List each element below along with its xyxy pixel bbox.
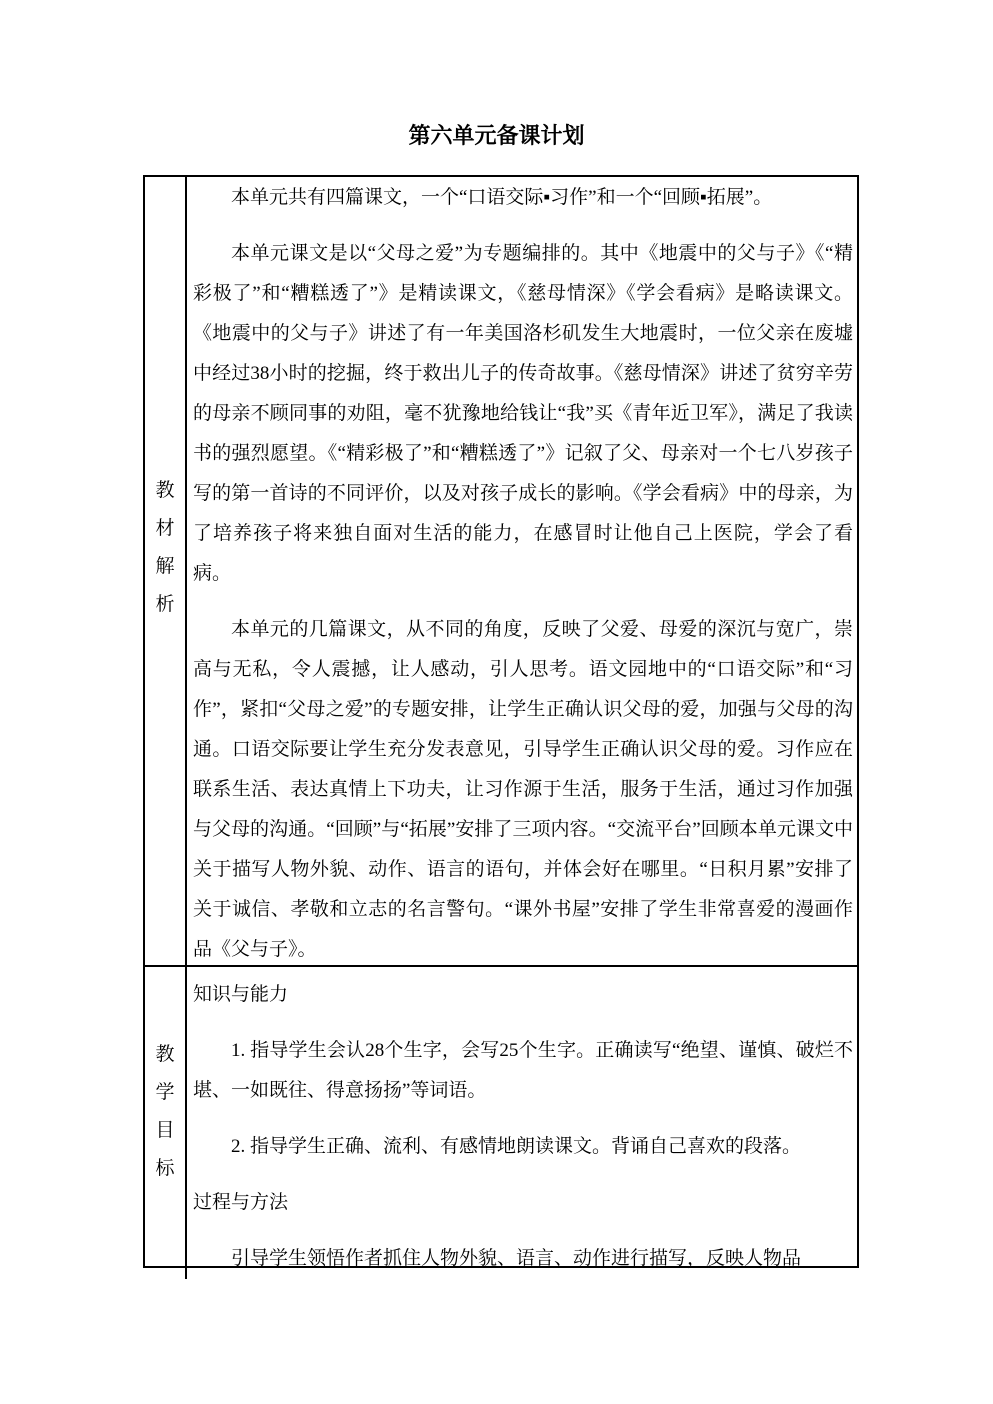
lesson-plan-table: 教材解析 本单元共有四篇课文，一个“口语交际▪习作”和一个“回顾▪拓展”。 本单…	[143, 175, 859, 1268]
table-row-material-analysis: 教材解析 本单元共有四篇课文，一个“口语交际▪习作”和一个“回顾▪拓展”。 本单…	[145, 177, 857, 967]
row-header-material-analysis: 教材解析	[145, 177, 187, 965]
document-page: 第六单元备课计划 教材解析 本单元共有四篇课文，一个“口语交际▪习作”和一个“回…	[0, 0, 993, 1404]
row-header-label-teaching-goals: 教学目标	[155, 1036, 175, 1188]
material-analysis-paragraph-3: 本单元的几篇课文，从不同的角度，反映了父爱、母爱的深沉与宽广，崇高与无私，令人震…	[193, 610, 853, 965]
knowledge-ability-paragraph-1: 1. 指导学生会认28个生字，会写25个生字。正确读写“绝望、谨慎、破烂不堪、一…	[193, 1031, 853, 1111]
knowledge-ability-heading: 知识与能力	[193, 975, 853, 1015]
material-analysis-paragraph-2: 本单元课文是以“父母之爱”为专题编排的。其中《地震中的父与子》《“精彩极了”和“…	[193, 234, 853, 594]
process-method-paragraph-1: 引导学生领悟作者抓住人物外貌、语言、动作进行描写，反映人物品	[193, 1239, 853, 1279]
process-method-heading: 过程与方法	[193, 1183, 853, 1223]
material-analysis-content: 本单元共有四篇课文，一个“口语交际▪习作”和一个“回顾▪拓展”。 本单元课文是以…	[187, 177, 857, 965]
teaching-goals-content: 知识与能力 1. 指导学生会认28个生字，会写25个生字。正确读写“绝望、谨慎、…	[187, 967, 857, 1279]
table-row-teaching-goals: 教学目标 知识与能力 1. 指导学生会认28个生字，会写25个生字。正确读写“绝…	[145, 967, 857, 1279]
row-header-teaching-goals: 教学目标	[145, 967, 187, 1279]
row-header-label-material-analysis: 教材解析	[155, 472, 175, 624]
material-analysis-paragraph-1: 本单元共有四篇课文，一个“口语交际▪习作”和一个“回顾▪拓展”。	[193, 178, 853, 218]
document-title: 第六单元备课计划	[0, 120, 993, 152]
knowledge-ability-paragraph-2: 2. 指导学生正确、流利、有感情地朗读课文。背诵自己喜欢的段落。	[193, 1127, 853, 1167]
